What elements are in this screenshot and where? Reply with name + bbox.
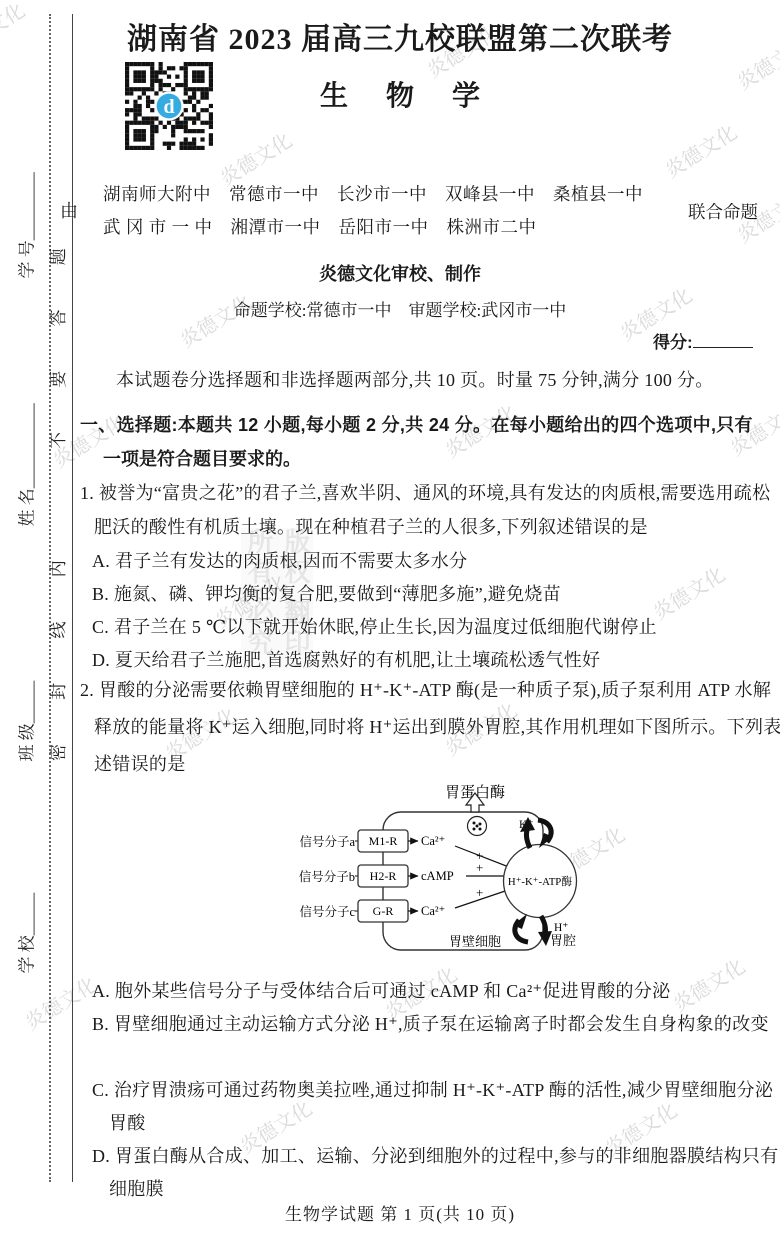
producer-line: 炎德文化审校、制作	[80, 260, 720, 286]
seal-line-text: 密 封 线 内	[44, 596, 69, 761]
schools-line-2: 武 冈 市 一 中 湘潭市一中 岳阳市一中 株洲市二中	[103, 214, 537, 239]
score-label: 得分:	[653, 333, 693, 352]
diagram-label-pump: H⁺-K⁺-ATP酶	[508, 874, 572, 888]
content-border-line	[72, 14, 73, 1182]
exam-page: 炎德文化 炎德文化 炎德文化 炎德文化 炎德文化 炎德文化 炎德文化 炎德文化 …	[0, 0, 780, 1235]
diagram-label-cell: 胃壁细胞	[449, 934, 501, 949]
plus-sign: +	[476, 860, 483, 875]
diagram-label-messenger-1: Ca²⁺	[421, 834, 445, 848]
score-blank	[693, 332, 753, 348]
seal-line-text: 不 要 答 题	[44, 284, 69, 449]
diagram-label-receptor-3: G-R	[373, 904, 394, 918]
diagram-label-signal-a: 信号分子a	[299, 834, 355, 849]
subject-title: 生物学	[80, 74, 720, 114]
q1-option-a: A. 君子兰有发达的肉质根,因而不需要太多水分	[92, 545, 780, 578]
proposer-line: 命题学校:常德市一中 审题学校:武冈市一中	[80, 296, 720, 321]
q2-option-d: D. 胃蛋白酶从合成、加工、运输、分泌到细胞外的过程中,参与的非细胞器膜结构只有…	[92, 1140, 780, 1206]
diagram-label-lumen: 胃腔	[550, 933, 576, 948]
field-name: 姓 名__________	[13, 367, 38, 527]
plus-sign: +	[476, 885, 483, 900]
q2-option-b: B. 胃壁细胞通过主动运输方式分泌 H⁺,质子泵在运输离子时都会发生自身构象的改…	[92, 1008, 780, 1041]
q2-option-c: C. 治疗胃溃疡可通过药物奥美拉唑,通过抑制 H⁺-K⁺-ATP 酶的活性,减少…	[92, 1074, 780, 1140]
q2-diagram: 胃蛋白酶 信号分子a 信号分子b 信号分子c M1-R H2-R G-R Ca²…	[278, 784, 610, 956]
q1-option-b: B. 施氮、磷、钾均衡的复合肥,要做到“薄肥多施”,避免烧苗	[92, 578, 780, 611]
watermark: 炎德文化	[18, 969, 101, 1036]
watermark: 炎德文化	[730, 29, 780, 96]
page-footer: 生物学试题 第 1 页(共 10 页)	[80, 1200, 720, 1225]
diagram-label-signal-b: 信号分子b	[299, 869, 355, 884]
diagram-label-messenger-2: cAMP	[421, 869, 454, 883]
watermark: 炎德文化	[658, 117, 741, 184]
schools-line-1: 湖南师大附中 常德市一中 长沙市一中 双峰县一中 桑植县一中	[103, 181, 643, 206]
exam-info: 本试题卷分选择题和非选择题两部分,共 10 页。时量 75 分钟,满分 100 …	[80, 363, 768, 397]
diagram-label-receptor-2: H2-R	[370, 869, 397, 883]
q1-option-c: C. 君子兰在 5 ℃以下就开始休眠,停止生长,因为温度过低细胞代谢停止	[92, 611, 780, 644]
score-field: 得分:	[653, 328, 753, 353]
question-1-stem: 1. 被誉为“富贵之花”的君子兰,喜欢半阴、通风的环境,具有发达的肉质根,需要选…	[80, 476, 780, 544]
page-title: 湖南省 2023 届高三九校联盟第二次联考	[80, 14, 720, 58]
field-student-number: 学 号________	[13, 109, 38, 279]
section1-header-line2: 一项是符合题目要求的。	[103, 442, 768, 476]
question-2-stem: 2. 胃酸的分泌需要依赖胃壁细胞的 H⁺-K⁺-ATP 酶(是一种质子泵),质子…	[80, 672, 780, 783]
diagram-label-signal-c: 信号分子c	[299, 904, 355, 919]
by-label: 由	[60, 197, 78, 223]
joint-label: 联合命题	[688, 199, 758, 224]
watermark: 炎德文化	[0, 0, 30, 61]
section1-header-line1: 一、选择题:本题共 12 小题,每小题 2 分,共 24 分。在每小题给出的四个…	[80, 408, 768, 442]
q2-option-a: A. 胞外某些信号分子与受体结合后可通过 cAMP 和 Ca²⁺促进胃酸的分泌	[92, 975, 780, 1008]
field-school: 学 校_____	[13, 874, 38, 974]
diagram-label-messenger-3: Ca²⁺	[421, 904, 445, 918]
field-class: 班 级_____	[13, 662, 38, 762]
diagram-label-receptor-1: M1-R	[369, 834, 398, 848]
